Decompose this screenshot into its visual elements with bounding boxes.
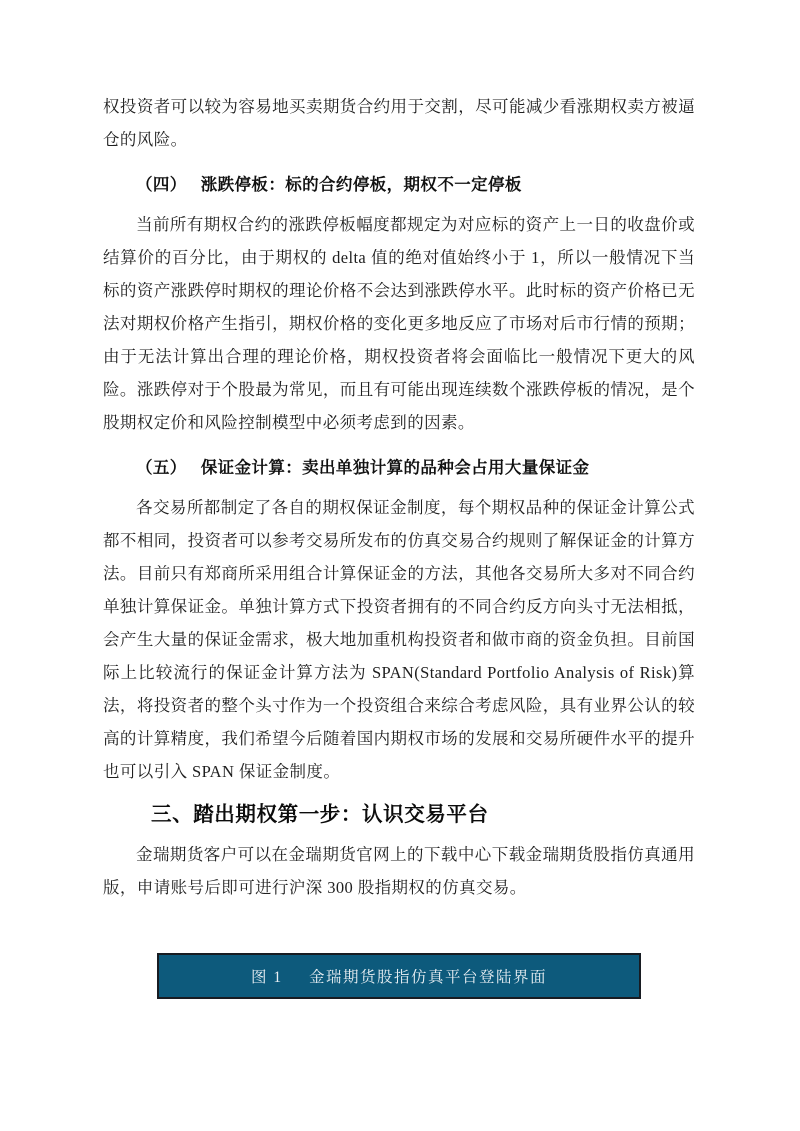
heading-section-five: （五）保证金计算：卖出单独计算的品种会占用大量保证金 xyxy=(103,452,695,485)
heading-section-five-title: 保证金计算：卖出单独计算的品种会占用大量保证金 xyxy=(201,459,590,477)
heading-section-four: （四）涨跌停板：标的合约停板，期权不一定停板 xyxy=(103,169,695,202)
heading-section-five-number: （五） xyxy=(136,459,187,477)
figure-caption-text: 金瑞期货股指仿真平台登陆界面 xyxy=(309,965,547,987)
paragraph-section-four: 当前所有期权合约的涨跌停板幅度都规定为对应标的资产上一日的收盘价或结算价的百分比… xyxy=(103,208,695,439)
figure-caption-banner: 图 1 金瑞期货股指仿真平台登陆界面 xyxy=(157,953,641,999)
document-page: 权投资者可以较为容易地买卖期货合约用于交割，尽可能减少看涨期权卖方被逼仓的风险。… xyxy=(0,0,800,1131)
heading-section-four-number: （四） xyxy=(136,176,187,194)
paragraph-section-five: 各交易所都制定了各自的期权保证金制度，每个期权品种的保证金计算公式都不相同，投资… xyxy=(103,491,695,788)
figure-label: 图 1 xyxy=(251,965,283,987)
paragraph-continuation: 权投资者可以较为容易地买卖期货合约用于交割，尽可能减少看涨期权卖方被逼仓的风险。 xyxy=(103,90,695,156)
paragraph-chapter-intro: 金瑞期货客户可以在金瑞期货官网上的下载中心下载金瑞期货股指仿真通用版，申请账号后… xyxy=(103,838,695,904)
heading-section-four-title: 涨跌停板：标的合约停板，期权不一定停板 xyxy=(201,176,522,194)
chapter-heading: 三、踏出期权第一步：认识交易平台 xyxy=(151,796,695,834)
